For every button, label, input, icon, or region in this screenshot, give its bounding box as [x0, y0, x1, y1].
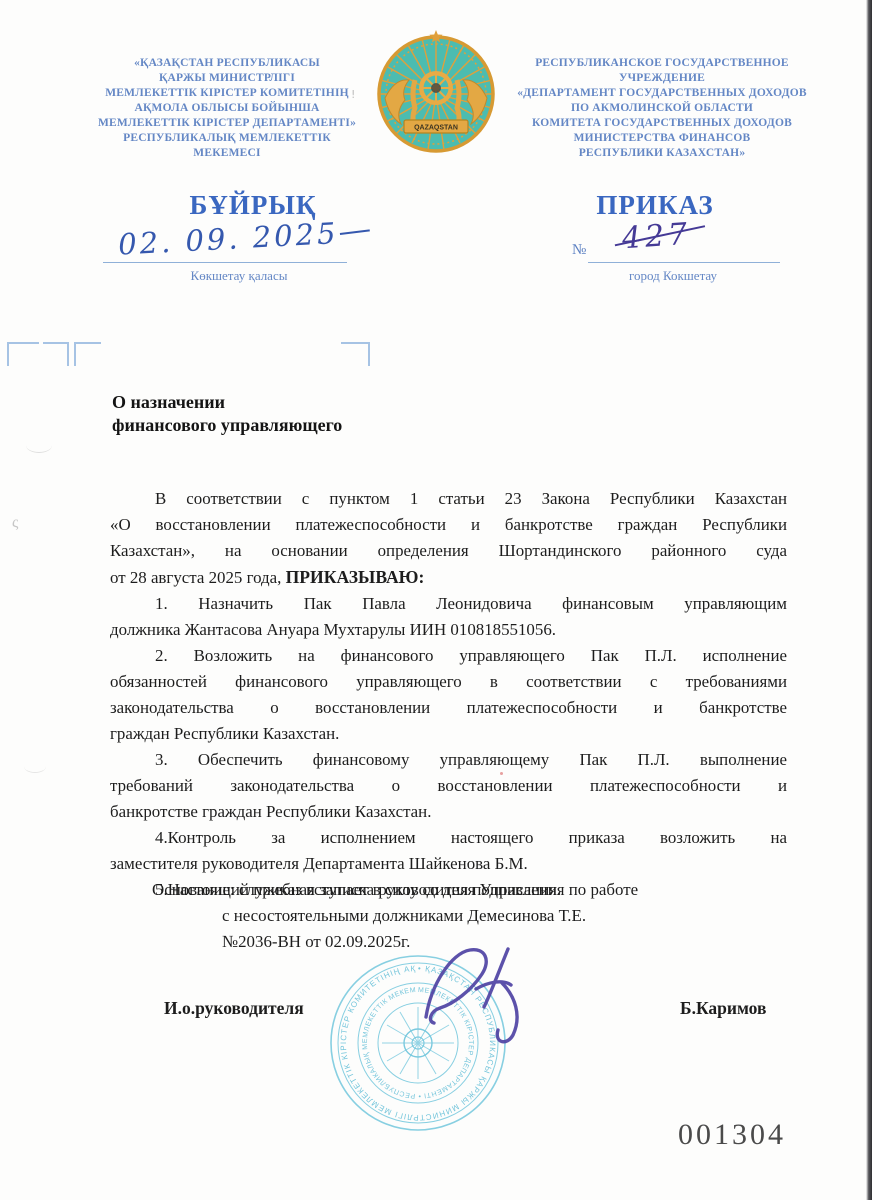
- handwritten-order-number: 427: [621, 217, 693, 257]
- org-line: МЕКЕМЕСІ: [62, 146, 392, 161]
- org-line: МЕМЛЕКЕТТІК КІРІСТЕР ДЕПАРТАМЕНТІ»: [62, 116, 392, 131]
- city-kazakh: Көкшетау қаласы: [105, 268, 373, 284]
- order-body: В соответствии с пунктом 1 статьи 23 Зак…: [110, 486, 787, 903]
- city-russian: город Кокшетау: [578, 268, 768, 284]
- body-line: 2. Возложить на финансового управляющего…: [110, 643, 787, 669]
- prikazyvayu-keyword: ПРИКАЗЫВАЮ:: [286, 567, 425, 587]
- org-line: ҚАРЖЫ МИНИСТРЛІГІ: [62, 71, 392, 86]
- org-line: МИНИСТЕРСТВА ФИНАНСОВ: [494, 131, 830, 146]
- subject-line: финансового управляющего: [112, 414, 342, 437]
- org-line: РЕСПУБЛИКАНСКОЕ ГОСУДАРСТВЕННОЕ: [494, 56, 830, 71]
- org-line: РЕСПУБЛИКИ КАЗАХСТАН»: [494, 146, 830, 161]
- org-name-russian: РЕСПУБЛИКАНСКОЕ ГОСУДАРСТВЕННОЕ УЧРЕЖДЕН…: [494, 56, 830, 161]
- body-line: требований законодательства о восстановл…: [110, 773, 787, 799]
- org-name-kazakh: «ҚАЗАҚСТАН РЕСПУБЛИКАСЫ ҚАРЖЫ МИНИСТРЛІГ…: [62, 56, 392, 161]
- org-line: УЧРЕЖДЕНИЕ: [494, 71, 830, 86]
- body-line: от 28 августа 2025 года, ПРИКАЗЫВАЮ:: [110, 564, 787, 591]
- scan-edge-shadow: [866, 0, 872, 1200]
- date-underline: [103, 262, 347, 263]
- org-line: РЕСПУБЛИКАЛЫҚ МЕМЛЕКЕТТІК: [62, 131, 392, 146]
- corner-mark: [7, 342, 39, 366]
- pen-flourish: [340, 229, 370, 235]
- signer-position: И.о.руководителя: [164, 998, 304, 1019]
- corner-mark: [74, 342, 101, 366]
- org-line: «ҚАЗАҚСТАН РЕСПУБЛИКАСЫ: [62, 56, 392, 71]
- org-line: АҚМОЛА ОБЛЫСЫ БОЙЫНША: [62, 101, 392, 116]
- body-line: 3. Обеспечить финансовому управляющему П…: [110, 747, 787, 773]
- body-line: обязанностей финансового управляющего в …: [110, 669, 787, 695]
- body-line: должника Жантасова Ануара Мухтарулы ИИН …: [110, 617, 787, 643]
- scan-artifact: [24, 760, 46, 773]
- order-title-russian: ПРИКАЗ: [530, 190, 780, 221]
- basis-line: с несостоятельными должниками Демесинова…: [222, 903, 638, 929]
- body-line: граждан Республики Казахстан.: [110, 721, 787, 747]
- org-line: КОМИТЕТА ГОСУДАРСТВЕННЫХ ДОХОДОВ: [494, 116, 830, 131]
- scan-artifact: [26, 438, 52, 453]
- order-number-label: №: [572, 242, 586, 259]
- body-line: В соответствии с пунктом 1 статьи 23 Зак…: [110, 486, 787, 512]
- body-line: «О восстановлении платежеспособности и б…: [110, 512, 787, 538]
- handwritten-date: 02. 09. 2025: [117, 214, 371, 261]
- subject-line: О назначении: [112, 391, 342, 414]
- corner-mark: [43, 342, 69, 366]
- kazakhstan-coat-of-arms-icon: QAZAQSTAN: [375, 28, 497, 158]
- signer-name: Б.Каримов: [680, 998, 766, 1019]
- org-line: МЕМЛЕКЕТТІК КІРІСТЕР КОМИТЕТІНІҢ: [62, 86, 392, 101]
- order-subject: О назначении финансового управляющего: [112, 391, 342, 437]
- body-line: банкротстве граждан Республики Казахстан…: [110, 799, 787, 825]
- handwritten-signature: [418, 943, 550, 1061]
- scanned-order-document: «ҚАЗАҚСТАН РЕСПУБЛИКАСЫ ҚАРЖЫ МИНИСТРЛІГ…: [0, 0, 872, 1200]
- org-line: ПО АКМОЛИНСКОЙ ОБЛАСТИ: [494, 101, 830, 116]
- basis-line: Основание: служебная записка руководител…: [152, 877, 638, 903]
- body-line: 4.Контроль за исполнением настоящего при…: [110, 825, 787, 851]
- number-underline: [588, 262, 780, 263]
- scan-artifact: !: [351, 88, 355, 101]
- scan-artifact: ς: [12, 514, 18, 532]
- emblem-banner-text: QAZAQSTAN: [414, 125, 458, 132]
- body-line: заместителя руководителя Департамента Ша…: [110, 851, 787, 877]
- scan-artifact: [500, 772, 503, 775]
- basis-section: Основание: служебная записка руководител…: [110, 877, 638, 955]
- body-line: законодательства о восстановлении платеж…: [110, 695, 787, 721]
- org-line: «ДЕПАРТАМЕНТ ГОСУДАРСТВЕННЫХ ДОХОДОВ: [494, 86, 830, 101]
- body-line: 1. Назначить Пак Павла Леонидовича финан…: [110, 591, 787, 617]
- form-number: 001304: [678, 1118, 786, 1152]
- body-line: Казахстан», на основании определения Шор…: [110, 538, 787, 564]
- corner-mark: [341, 342, 370, 366]
